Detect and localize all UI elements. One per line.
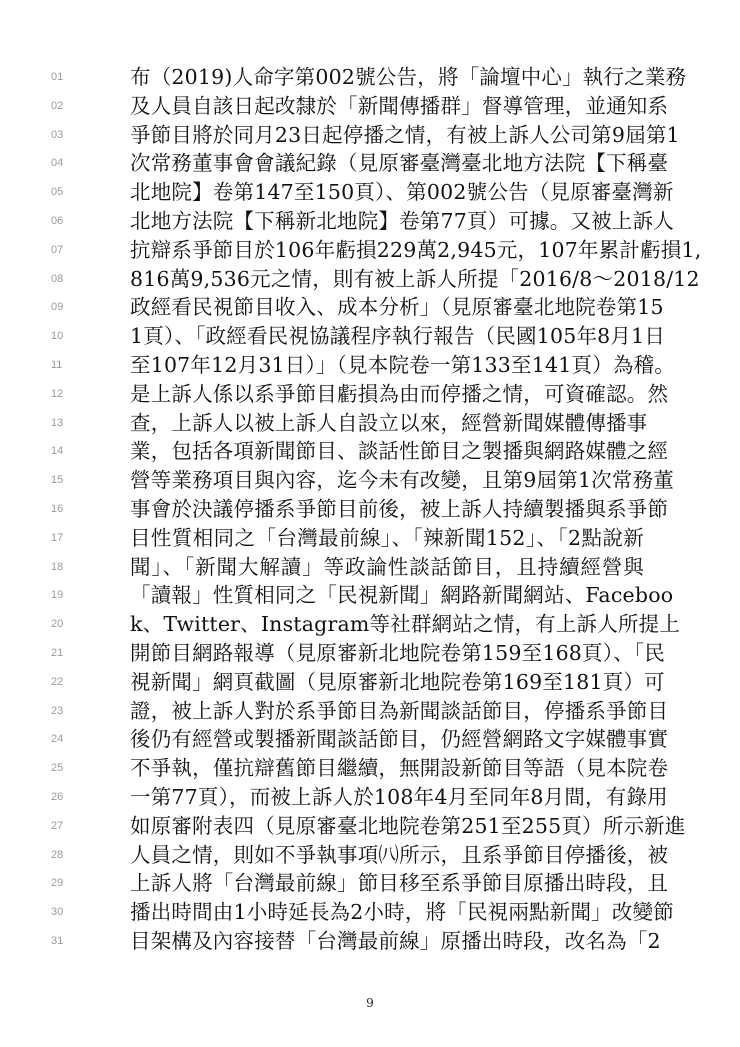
text-line: 04次常務董事會會議紀錄（見原審臺灣臺北地方法院【下稱臺 xyxy=(0,149,740,178)
text-line: 08816萬9,536元之情，則有被上訴人所提「2016/8～2018/12 xyxy=(0,265,740,294)
line-text: 布（2019)人命字第002號公告，將「論壇中心」執行之業務 xyxy=(130,63,644,92)
text-line: 16事會於決議停播系爭節目前後，被上訴人持續製播與系爭節 xyxy=(0,495,740,524)
line-number: 16 xyxy=(51,503,81,515)
line-number: 26 xyxy=(51,791,81,803)
text-line: 21開節目網路報導（見原審新北地院卷第159至168頁）、「民 xyxy=(0,639,740,668)
text-line: 17目性質相同之「台灣最前線」、「辣新聞152」、「2點說新 xyxy=(0,524,740,553)
text-line: 26一第77頁），而被上訴人於108年4月至同年8月間，有錄用 xyxy=(0,783,740,812)
line-text: 是上訴人係以系爭節目虧損為由而停播之情，可資確認。然 xyxy=(130,380,644,409)
line-text: 目架構及內容接替「台灣最前線」原播出時段，改名為「2 xyxy=(130,927,644,956)
text-line: 25不爭執，僅抗辯舊節目繼續，無開設新節目等語（見本院卷 xyxy=(0,754,740,783)
text-line: 23證，被上訴人對於系爭節目為新聞談話節目，停播系爭節目 xyxy=(0,697,740,726)
line-number: 02 xyxy=(51,100,81,112)
line-number: 20 xyxy=(51,618,81,630)
text-line: 13查，上訴人以被上訴人自設立以來，經營新聞媒體傳播事 xyxy=(0,409,740,438)
text-line: 05北地院】卷第147至150頁）、第002號公告（見原審臺灣新 xyxy=(0,178,740,207)
line-text: 視新聞」網頁截圖（見原審新北地院卷第169至181頁）可 xyxy=(130,668,644,697)
line-text: 北地方法院【下稱新北地院】卷第77頁）可據。又被上訴人 xyxy=(130,207,644,236)
line-text: k、Twitter、Instagram等社群網站之情，有上訴人所提上 xyxy=(130,610,644,639)
page-number: 9 xyxy=(0,996,740,1010)
line-text: 開節目網路報導（見原審新北地院卷第159至168頁）、「民 xyxy=(130,639,644,668)
text-line: 19「讀報」性質相同之「民視新聞」網路新聞網站、Faceboo xyxy=(0,581,740,610)
line-number: 31 xyxy=(51,935,81,947)
text-line: 12是上訴人係以系爭節目虧損為由而停播之情，可資確認。然 xyxy=(0,380,740,409)
line-number: 18 xyxy=(51,561,81,573)
line-text: 人員之情，則如不爭執事項㈧所示，且系爭節目停播後，被 xyxy=(130,841,644,870)
line-number: 10 xyxy=(51,330,81,342)
line-text: 業，包括各項新聞節目、談話性節目之製播與網路媒體之經 xyxy=(130,437,644,466)
text-line: 02及人員自該日起改隸於「新聞傳播群」督導管理，並通知系 xyxy=(0,92,740,121)
line-text: 爭節目將於同月23日起停播之情，有被上訴人公司第9屆第1 xyxy=(130,121,644,150)
text-line: 09政經看民視節目收入、成本分析」（見原審臺北地院卷第15 xyxy=(0,293,740,322)
text-line: 22視新聞」網頁截圖（見原審新北地院卷第169至181頁）可 xyxy=(0,668,740,697)
line-text: 政經看民視節目收入、成本分析」（見原審臺北地院卷第15 xyxy=(130,293,644,322)
line-number: 25 xyxy=(51,762,81,774)
line-number: 24 xyxy=(51,733,81,745)
line-number: 04 xyxy=(51,157,81,169)
line-text: 不爭執，僅抗辯舊節目繼續，無開設新節目等語（見本院卷 xyxy=(130,754,644,783)
line-number: 27 xyxy=(51,820,81,832)
text-line: 24後仍有經營或製播新聞談話節目，仍經營網路文字媒體事實 xyxy=(0,725,740,754)
line-number: 13 xyxy=(51,417,81,429)
text-line: 18聞」、「新聞大解讀」等政論性談話節目，且持續經營與 xyxy=(0,553,740,582)
text-line: 31目架構及內容接替「台灣最前線」原播出時段，改名為「2 xyxy=(0,927,740,956)
line-text: 播出時間由1小時延長為2小時，將「民視兩點新聞」改變節 xyxy=(130,898,644,927)
line-number: 30 xyxy=(51,906,81,918)
line-text: 查，上訴人以被上訴人自設立以來，經營新聞媒體傳播事 xyxy=(130,409,644,438)
line-text: 「讀報」性質相同之「民視新聞」網路新聞網站、Faceboo xyxy=(130,581,644,610)
text-line: 14業，包括各項新聞節目、談話性節目之製播與網路媒體之經 xyxy=(0,437,740,466)
line-text: 事會於決議停播系爭節目前後，被上訴人持續製播與系爭節 xyxy=(130,495,644,524)
text-line: 15營等業務項目與內容，迄今未有改變，且第9屆第1次常務董 xyxy=(0,466,740,495)
line-number: 08 xyxy=(51,273,81,285)
line-number: 14 xyxy=(51,445,81,457)
text-line: 20k、Twitter、Instagram等社群網站之情，有上訴人所提上 xyxy=(0,610,740,639)
line-text: 一第77頁），而被上訴人於108年4月至同年8月間，有錄用 xyxy=(130,783,644,812)
line-number: 07 xyxy=(51,244,81,256)
line-text: 次常務董事會會議紀錄（見原審臺灣臺北地方法院【下稱臺 xyxy=(130,149,644,178)
line-number: 29 xyxy=(51,877,81,889)
text-line: 06北地方法院【下稱新北地院】卷第77頁）可據。又被上訴人 xyxy=(0,207,740,236)
line-text: 抗辯系爭節目於106年虧損229萬2,945元，107年累計虧損1, xyxy=(130,236,644,265)
line-number: 12 xyxy=(51,388,81,400)
line-number: 19 xyxy=(51,589,81,601)
line-number: 06 xyxy=(51,215,81,227)
line-text: 北地院】卷第147至150頁）、第002號公告（見原審臺灣新 xyxy=(130,178,644,207)
line-text: 1頁）、「政經看民視協議程序執行報告（民國105年8月1日 xyxy=(130,322,644,351)
text-line: 101頁）、「政經看民視協議程序執行報告（民國105年8月1日 xyxy=(0,322,740,351)
line-number: 09 xyxy=(51,301,81,313)
line-text: 至107年12月31日）」（見本院卷一第133至141頁）為稽。 xyxy=(130,351,644,380)
text-line: 30播出時間由1小時延長為2小時，將「民視兩點新聞」改變節 xyxy=(0,898,740,927)
text-line: 01布（2019)人命字第002號公告，將「論壇中心」執行之業務 xyxy=(0,63,740,92)
line-number: 15 xyxy=(51,474,81,486)
text-line: 28人員之情，則如不爭執事項㈧所示，且系爭節目停播後，被 xyxy=(0,841,740,870)
line-number: 01 xyxy=(51,71,81,83)
line-number: 23 xyxy=(51,705,81,717)
line-text: 營等業務項目與內容，迄今未有改變，且第9屆第1次常務董 xyxy=(130,466,644,495)
line-text: 後仍有經營或製播新聞談話節目，仍經營網路文字媒體事實 xyxy=(130,725,644,754)
line-text: 上訴人將「台灣最前線」節目移至系爭節目原播出時段，且 xyxy=(130,869,644,898)
line-number: 05 xyxy=(51,186,81,198)
line-text: 聞」、「新聞大解讀」等政論性談話節目，且持續經營與 xyxy=(130,553,644,582)
text-line: 07抗辯系爭節目於106年虧損229萬2,945元，107年累計虧損1, xyxy=(0,236,740,265)
line-number: 22 xyxy=(51,676,81,688)
line-number: 03 xyxy=(51,129,81,141)
document-page: 01布（2019)人命字第002號公告，將「論壇中心」執行之業務02及人員自該日… xyxy=(0,0,740,1047)
line-text: 816萬9,536元之情，則有被上訴人所提「2016/8～2018/12 xyxy=(130,265,644,294)
line-text: 如原審附表四（見原審臺北地院卷第251至255頁）所示新進 xyxy=(130,812,644,841)
line-text: 目性質相同之「台灣最前線」、「辣新聞152」、「2點說新 xyxy=(130,524,644,553)
line-number: 17 xyxy=(51,532,81,544)
text-line: 27如原審附表四（見原審臺北地院卷第251至255頁）所示新進 xyxy=(0,812,740,841)
line-number: 28 xyxy=(51,849,81,861)
line-text: 證，被上訴人對於系爭節目為新聞談話節目，停播系爭節目 xyxy=(130,697,644,726)
line-number: 11 xyxy=(51,359,81,371)
line-number: 21 xyxy=(51,647,81,659)
text-line: 03爭節目將於同月23日起停播之情，有被上訴人公司第9屆第1 xyxy=(0,121,740,150)
text-line: 11至107年12月31日）」（見本院卷一第133至141頁）為稽。 xyxy=(0,351,740,380)
line-text: 及人員自該日起改隸於「新聞傳播群」督導管理，並通知系 xyxy=(130,92,644,121)
text-line: 29上訴人將「台灣最前線」節目移至系爭節目原播出時段，且 xyxy=(0,869,740,898)
